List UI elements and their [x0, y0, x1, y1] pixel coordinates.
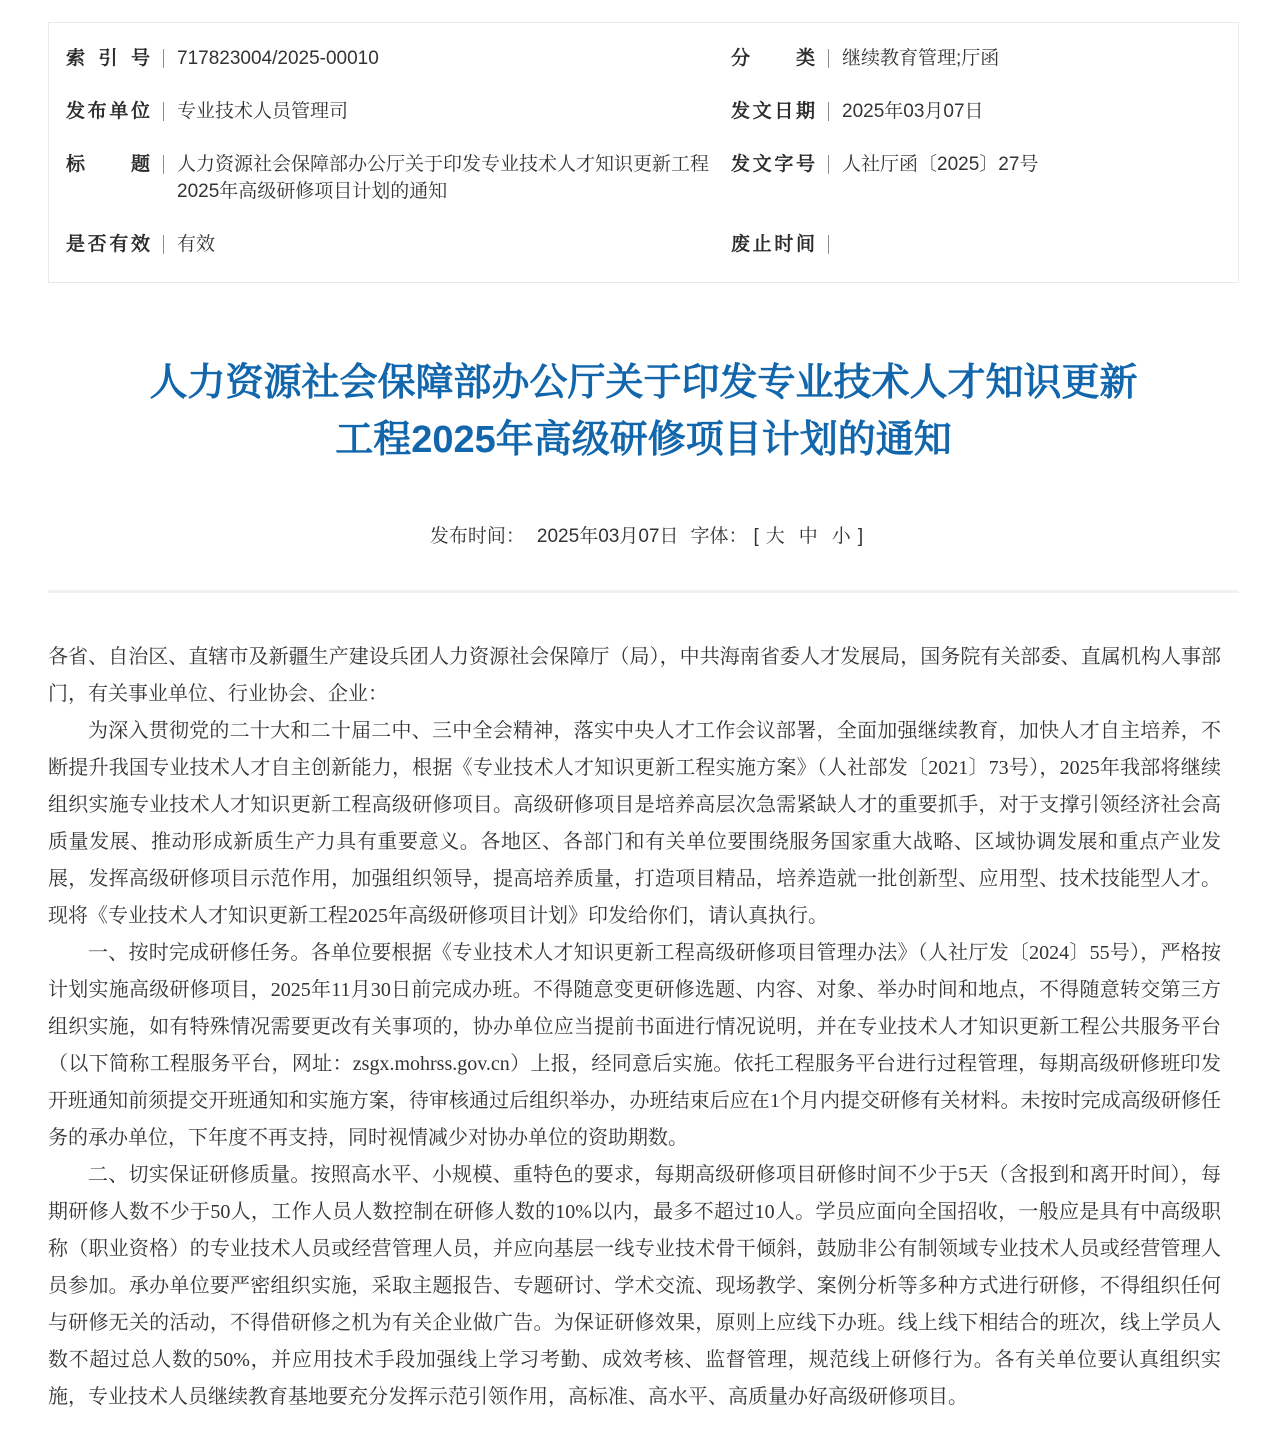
meta-value-category: 继续教育管理;厅函 — [842, 45, 999, 72]
meta-cell-issue-date: 发文日期 2025年03月07日 — [731, 98, 1238, 125]
meta-value-issue-date: 2025年03月07日 — [842, 98, 984, 125]
font-size-option-medium[interactable]: 中 — [799, 526, 818, 547]
meta-label-title: 标题 — [66, 151, 150, 178]
meta-table: 索引号 717823004/2025-00010 分类 继续教育管理;厅函 发布… — [48, 22, 1239, 283]
bracket-close: ] — [858, 526, 863, 547]
meta-label-validity: 是否有效 — [66, 231, 150, 258]
meta-label-repeal-date: 废止时间 — [731, 231, 815, 258]
paragraph-item-2: 二、切实保证研修质量。按照高水平、小规模、重特色的要求，每期高级研修项目研修时间… — [48, 1157, 1221, 1416]
font-size-option-large[interactable]: 大 — [766, 526, 785, 547]
font-size-controls: [大中小] — [753, 526, 863, 547]
label-value-divider — [828, 155, 829, 174]
meta-cell-index-number: 索引号 717823004/2025-00010 — [49, 45, 731, 72]
meta-cell-repeal-date: 废止时间 — [731, 231, 1238, 258]
publish-time-value: 2025年03月07日 — [537, 526, 679, 547]
label-value-divider — [163, 102, 164, 121]
paragraph-item-1: 一、按时完成研修任务。各单位要根据《专业技术人才知识更新工程高级研修项目管理办法… — [48, 935, 1221, 1157]
label-value-divider — [163, 49, 164, 68]
meta-value-validity: 有效 — [177, 231, 215, 258]
meta-label-category: 分类 — [731, 45, 815, 72]
label-value-divider — [163, 155, 164, 174]
publish-row: 发布时间：2025年03月07日字体：[大中小] — [48, 521, 1239, 548]
meta-value-document-number: 人社厅函〔2025〕27号 — [842, 151, 1038, 178]
meta-label-index-number: 索引号 — [66, 45, 150, 72]
paragraph-salutation: 各省、自治区、直辖市及新疆生产建设兵团人力资源社会保障厅（局），中共海南省委人才… — [48, 639, 1221, 713]
label-value-divider — [828, 102, 829, 121]
font-size-label: 字体： — [690, 526, 747, 547]
meta-label-issuing-unit: 发布单位 — [66, 98, 150, 125]
meta-value-index-number: 717823004/2025-00010 — [177, 45, 379, 72]
bracket-open: [ — [753, 526, 758, 547]
meta-cell-validity: 是否有效 有效 — [49, 231, 731, 258]
meta-cell-category: 分类 继续教育管理;厅函 — [731, 45, 1238, 72]
content-divider — [48, 590, 1239, 593]
paragraph-intro: 为深入贯彻党的二十大和二十届二中、三中全会精神，落实中央人才工作会议部署，全面加… — [48, 713, 1221, 935]
page-title: 人力资源社会保障部办公厅关于印发专业技术人才知识更新工程2025年高级研修项目计… — [144, 355, 1144, 469]
meta-cell-title: 标题 人力资源社会保障部办公厅关于印发专业技术人才知识更新工程2025年高级研修… — [49, 151, 731, 205]
document-page: 索引号 717823004/2025-00010 分类 继续教育管理;厅函 发布… — [0, 0, 1269, 1456]
label-value-divider — [828, 49, 829, 68]
meta-cell-document-number: 发文字号 人社厅函〔2025〕27号 — [731, 151, 1238, 205]
meta-value-title: 人力资源社会保障部办公厅关于印发专业技术人才知识更新工程2025年高级研修项目计… — [177, 151, 731, 205]
meta-label-issue-date: 发文日期 — [731, 98, 815, 125]
font-size-option-small[interactable]: 小 — [832, 526, 851, 547]
publish-time-label: 发布时间： — [430, 526, 525, 547]
label-value-divider — [163, 235, 164, 254]
label-value-divider — [828, 235, 829, 254]
article-body: 各省、自治区、直辖市及新疆生产建设兵团人力资源社会保障厅（局），中共海南省委人才… — [48, 639, 1239, 1416]
meta-label-document-number: 发文字号 — [731, 151, 815, 178]
meta-cell-issuing-unit: 发布单位 专业技术人员管理司 — [49, 98, 731, 125]
meta-value-issuing-unit: 专业技术人员管理司 — [177, 98, 348, 125]
